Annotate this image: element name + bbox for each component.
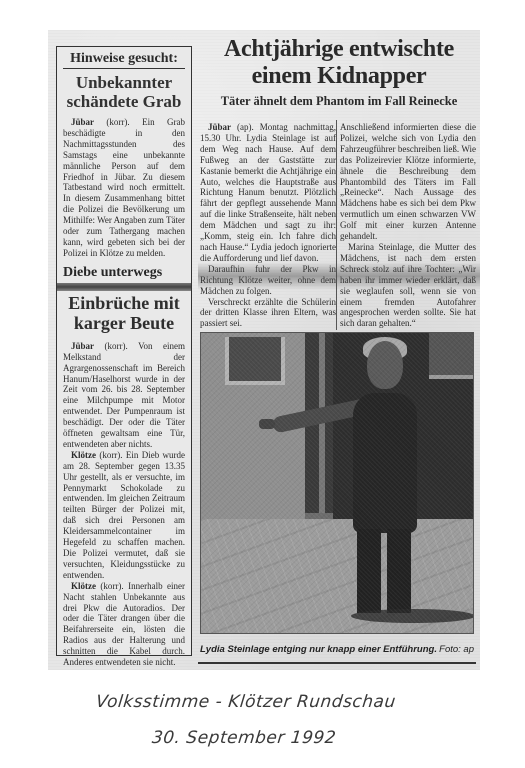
article-para-4: Anschließend informierten diese die Poli… [340,122,476,242]
agency: (korr). [96,581,124,591]
story-text: Ein Dieb wurde am 28. September gegen 13… [63,450,185,580]
sidebar-story-1: Jübar (korr). Ein Grab beschädigte in de… [63,117,185,259]
article-para-2: Daraufhin fuhr der Pkw in Richtung Klötz… [200,264,336,297]
column-rule [336,120,337,330]
photo-caption: Lydia Steinlage entging nur knapp einer … [200,644,474,655]
main-headline: Achtjährige entwischte einem Kidnapper [198,36,480,90]
photo-credit: Foto: ap [439,644,474,655]
article-column-2: Anschließend informierten diese die Poli… [340,122,476,329]
handwritten-source: Volksstimme - Klötzer Rundschau [95,692,397,712]
photo-grain [201,333,473,633]
sidebar-headline-1: Unbekannter schändete Grab [63,73,185,111]
dateline: Jübar [71,117,94,127]
story-text: Von einem Melkstand der Agrargenossensch… [63,341,185,449]
dateline: Klötze [71,581,96,591]
article-para-3: Verschreckt erzählte die Schülerin der d… [200,297,336,330]
article-para-1: Jübar (ap). Montag nachmittag, 15.30 Uhr… [200,122,336,264]
sidebar-story-2-para-1: Jübar (korr). Von einem Melkstand der Ag… [63,341,185,450]
main-subheadline: Täter ähnelt dem Phantom im Fall Reineck… [198,94,480,109]
dateline: Jübar [71,341,94,351]
sidebar-headline-2: Einbrüche mit karger Beute [63,293,185,333]
article-column-1: Jübar (ap). Montag nachmittag, 15.30 Uhr… [200,122,336,329]
agency: (ap). [231,122,254,132]
sidebar-kicker-2: Diebe unterwegs [63,265,185,281]
caption-text: Lydia Steinlage entging nur knapp einer … [200,644,437,655]
dateline: Klötze [71,450,96,460]
sidebar-kicker: Hinweise gesucht: [63,51,185,69]
agency: (korr). [96,450,123,460]
sidebar-story-2-para-2: Klötze (korr). Ein Dieb wurde am 28. Sep… [63,450,185,581]
story-text: Innerhalb einer Nacht stahlen Unbekannte… [63,581,185,667]
agency: (korr). [94,341,128,351]
agency: (korr). [94,117,130,127]
story-text: Montag nachmittag, 15.30 Uhr. Lydia Stei… [200,122,336,263]
sidebar-story-2-para-3: Klötze (korr). Innerhalb einer Nacht sta… [63,581,185,668]
dateline: Jübar [208,122,231,132]
sidebar-news-box: Hinweise gesucht: Unbekannter schändete … [56,46,192,656]
caption-rule [198,662,476,664]
article-para-5: Marina Steinlage, die Mutter des Mädchen… [340,242,476,329]
article-photo [200,332,474,634]
story-text: Ein Grab beschädigte in den Nachmittagss… [63,117,185,258]
divider [57,283,191,291]
handwritten-date: 30. September 1992 [151,728,337,748]
